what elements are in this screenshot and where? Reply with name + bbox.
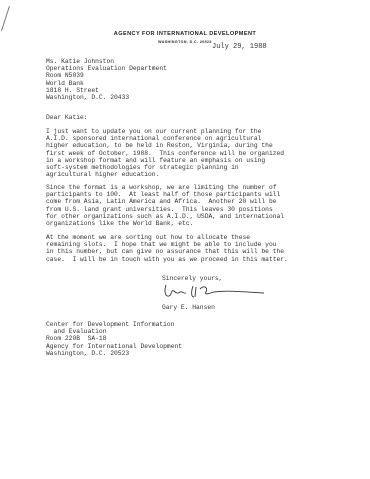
text-line: At the moment we are sorting out how to … <box>46 234 250 241</box>
address-line: 1818 H. Street <box>46 87 99 94</box>
sender-address: Center for Development Information and E… <box>46 321 182 357</box>
text-line: Since the format is a workshop, we are l… <box>46 184 277 191</box>
address-line: Ms. Katie Johnston <box>46 58 114 65</box>
text-line: remaining slots. I hope that we might be… <box>46 241 277 248</box>
letterhead-agency: AGENCY FOR INTERNATIONAL DEVELOPMENT <box>0 31 370 37</box>
body-paragraph-3: At the moment we are sorting out how to … <box>46 234 288 263</box>
address-line: Washington, D.C. 20433 <box>46 94 129 101</box>
pen-mark <box>1 6 10 31</box>
closing: Sincerely yours, <box>162 275 222 282</box>
text-line: first week of October, 1988. This confer… <box>46 150 284 157</box>
text-line: Agency for International Development <box>46 343 182 350</box>
body-paragraph-1: I just want to update you on our current… <box>46 128 284 178</box>
signer-name: Gary E. Hansen <box>162 304 215 311</box>
text-line: I just want to update you on our current… <box>46 128 261 135</box>
text-line: agricultural higher education. <box>46 171 159 178</box>
text-line: and Evaluation <box>46 328 106 335</box>
text-line: higher education, to be held in Reston, … <box>46 142 273 149</box>
text-line: case. I will be in touch with you as we … <box>46 256 288 263</box>
letter-date: July 29, 1988 <box>212 44 267 51</box>
text-line: Center for Development Information <box>46 321 174 328</box>
body-paragraph-2: Since the format is a workshop, we are l… <box>46 184 284 227</box>
recipient-address: Ms. Katie Johnston Operations Evaluation… <box>46 58 167 101</box>
handwritten-signature <box>160 283 270 301</box>
text-line: participants to 100. At least half of th… <box>46 191 280 198</box>
letterhead-location: WASHINGTON, D.C. 20523 <box>0 40 370 44</box>
address-line: World Bank <box>46 80 84 87</box>
text-line: Room 220B SA-18 <box>46 335 106 342</box>
text-line: Washington, D.C. 20523 <box>46 350 129 357</box>
text-line: for other organizations such as A.I.D., … <box>46 213 284 220</box>
text-line: in this number, but can give no assuranc… <box>46 248 284 255</box>
text-line: in a workshop format and will feature an… <box>46 157 265 164</box>
address-line: Room N5039 <box>46 72 84 79</box>
text-line: soft-system methodologies for strategic … <box>46 164 239 171</box>
text-line: organizations like the World Bank, etc. <box>46 220 193 227</box>
text-line: come from Asia, Latin America and Africa… <box>46 198 277 205</box>
text-line: A.I.D. sponsored international conferenc… <box>46 135 261 142</box>
letter-page: AGENCY FOR INTERNATIONAL DEVELOPMENT WAS… <box>0 0 370 479</box>
salutation: Dear Katie: <box>46 114 88 121</box>
address-line: Operations Evaluation Department <box>46 65 167 72</box>
text-line: from U.S. land grant universities. This … <box>46 206 273 213</box>
